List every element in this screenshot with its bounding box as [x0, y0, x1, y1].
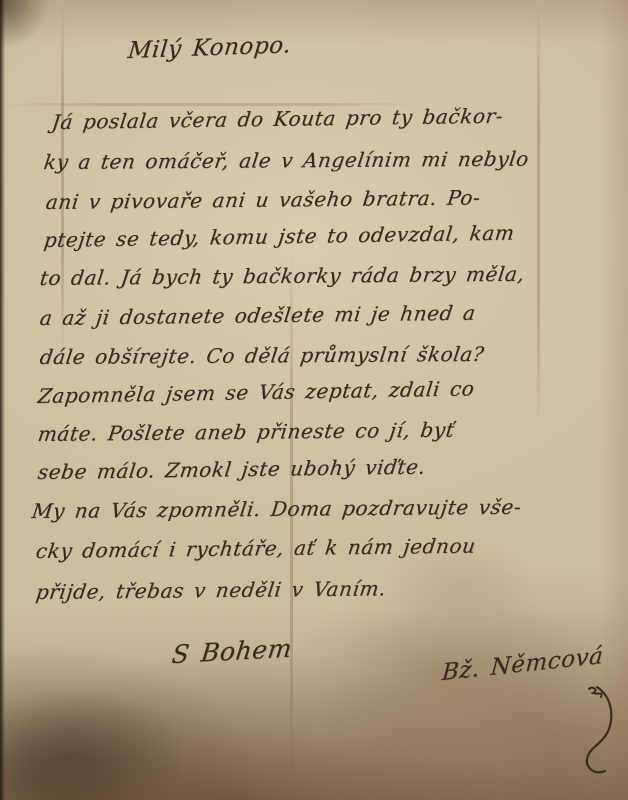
letter-line: to dal. Já bych ty bačkorky ráda brzy mě…	[38, 262, 526, 290]
letter-line: Já poslala včera do Kouta pro ty bačkor-	[50, 104, 504, 134]
fold-crease-right	[537, 0, 540, 430]
letter-closing: S Bohem	[170, 634, 294, 670]
letter-line: ky a ten omáčeř, ale v Angelínim mi neby…	[42, 147, 530, 174]
letter-line: ptejte se tedy, komu jste to odevzdal, k…	[43, 221, 517, 252]
letter-line: dále obšírejte. Co dělá průmyslní škola?	[38, 342, 485, 369]
signature-flourish	[575, 685, 628, 785]
letter-line: My na Vás zpomněli. Doma pozdravujte vše…	[30, 495, 523, 523]
letter-signature: Bž. Němcová	[441, 643, 604, 686]
letter-line: Zapomněla jsem se Vás zeptat, zdali co	[37, 376, 476, 408]
letter-line: ani v pivovaře ani u vašeho bratra. Po-	[44, 185, 482, 214]
letter-line: sebe málo. Zmokl jste ubohý viďte.	[36, 455, 427, 484]
letter-line: máte. Pošlete aneb přineste co jí, byť	[36, 418, 456, 446]
letter-line: cky domácí i rychtáře, ať k nám jednou	[34, 534, 477, 563]
signature-flourish-stroke	[587, 687, 611, 772]
fold-crease-center	[290, 250, 293, 800]
letter-salutation: Milý Konopo.	[127, 32, 293, 64]
letter-line: a až ji dostanete odešlete mi je hned a	[38, 301, 477, 330]
letter-line: přijde, třebas v neděli v Vaním.	[34, 576, 387, 604]
handwritten-letter-photo: Milý Konopo. Já poslala včera do Kouta p…	[0, 0, 628, 800]
paper-stain	[0, 690, 180, 800]
